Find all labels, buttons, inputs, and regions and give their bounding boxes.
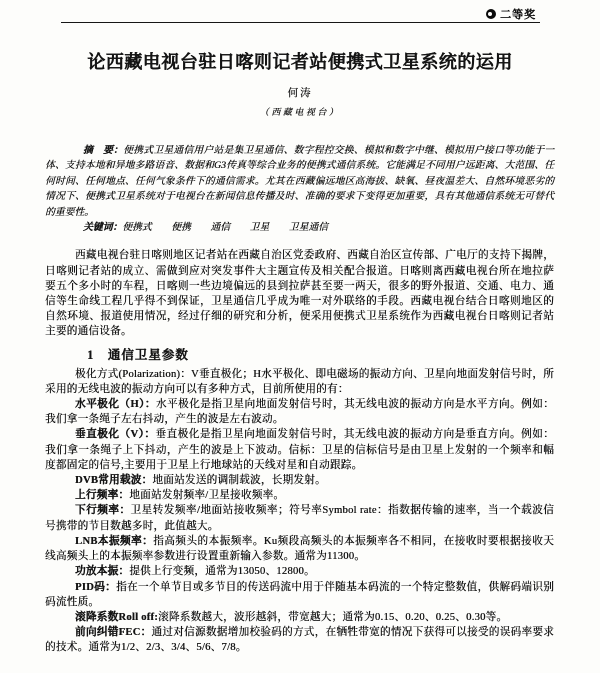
page-title: 论西藏电视台驻日喀则记者站便携式卫星系统的运用 (45, 52, 555, 72)
paragraph-amplifier-lo: 功放本振：提供上行变频，通常为13050、12800。 (45, 564, 554, 579)
paragraph-pid-code: PID码：指在一个单节目或多节目的传送码流中用于伴随基本码流的一个特定整数值，供… (45, 580, 554, 610)
term-label: 前向纠错FEC： (75, 627, 151, 638)
term-label: 滚降系数Roll off: (75, 612, 158, 623)
intro-text: 西藏电视台驻日喀则地区记者站在西藏自治区党委政府、西藏自治区宣传部、广电厅的支持… (45, 250, 554, 337)
term-label: DVB常用载波： (75, 475, 152, 486)
abstract-label: 摘 要： (83, 145, 123, 156)
keywords-label: 关键词： (83, 222, 122, 233)
paragraph-text: 极化方式(Polarization)：V垂直极化；H水平极化、即电磁场的振动方向… (45, 369, 554, 395)
term-label: PID码： (75, 582, 116, 593)
paragraph-text: 指在一个单节目或多节目的传送码流中用于伴随基本码流的一个特定整数值，供解码端识别… (45, 582, 554, 608)
section-heading: 1 通信卫星参数 (45, 347, 554, 363)
paragraph-downlink-frequency: 下行频率：卫星转发频率/地面站接收频率；符号率Symbol rate：指数据传输… (45, 503, 554, 533)
author-affiliation: （西藏电视台） (0, 105, 600, 118)
term-label: 上行频率： (75, 490, 129, 501)
paragraph-dvb-carrier: DVB常用载波：地面站发送的调制载波，长期发射。 (45, 473, 554, 488)
term-label: LNB本振频率： (75, 536, 153, 547)
paragraph-roll-off: 滚降系数Roll off:滚降系数越大，波形越斜，带宽越大；通常为0.15、0.… (45, 610, 554, 625)
paragraph-text: 滚降系数越大，波形越斜，带宽越大；通常为0.15、0.20、0.25、0.30等… (158, 612, 507, 623)
paragraph-lnb-frequency: LNB本振频率：指高频头的本振频率。Ku频段高频头的本振频率各不相同，在接收时要… (45, 534, 554, 564)
paragraph-fec: 前向纠错FEC：通过对信源数据增加校验码的方式，在牺牲带宽的情况下获得可以接受的… (45, 625, 554, 655)
paragraph-text: 地面站发射频率/卫星接收频率。 (129, 490, 284, 501)
term-label: 垂直极化（V）： (75, 429, 155, 440)
award-badge-label: 二等奖 (500, 6, 536, 22)
paragraph-horizontal-polarization: 水平极化（H）：水平极化是指卫星向地面发射信号时，其无线电波的振动方向是水平方向… (45, 397, 554, 427)
document-body: 西藏电视台驻日喀则地区记者站在西藏自治区党委政府、西藏自治区宣传部、广电厅的支持… (45, 248, 554, 655)
term-label: 功放本振： (75, 566, 129, 577)
keywords-text: 便携式 便携 通信 卫星 卫星通信 (122, 222, 328, 233)
abstract-paragraph: 摘 要：便携式卫星通信用户站是集卫星通信、数字程控交换、模拟和数字中继、模拟用户… (45, 143, 554, 220)
award-badge: 二等奖 (486, 6, 536, 22)
header-rule (61, 22, 540, 23)
term-label: 水平极化（H）： (75, 399, 156, 410)
paragraph-polarization: 极化方式(Polarization)：V垂直极化；H水平极化、即电磁场的振动方向… (45, 367, 554, 397)
intro-paragraph: 西藏电视台驻日喀则地区记者站在西藏自治区党委政府、西藏自治区宣传部、广电厅的支持… (45, 248, 554, 339)
paragraph-text: 提供上行变频，通常为13050、12800。 (129, 566, 315, 577)
author-name: 何涛 (0, 85, 600, 100)
document-page: 二等奖 论西藏电视台驻日喀则记者站便携式卫星系统的运用 何涛 （西藏电视台） 摘… (0, 0, 600, 673)
paragraph-vertical-polarization: 垂直极化（V）：垂直极化是指卫星向地面发射信号时，其无线电波的振动方向是垂直方向… (45, 427, 554, 473)
abstract-section: 摘 要：便携式卫星通信用户站是集卫星通信、数字程控交换、模拟和数字中继、模拟用户… (45, 143, 554, 235)
keywords-line: 关键词：便携式 便携 通信 卫星 卫星通信 (45, 220, 554, 235)
term-label: 下行频率： (75, 505, 130, 516)
paragraph-text: 地面站发送的调制载波，长期发射。 (152, 475, 326, 486)
award-medal-icon (486, 9, 496, 19)
paragraph-uplink-frequency: 上行频率：地面站发射频率/卫星接收频率。 (45, 488, 554, 503)
